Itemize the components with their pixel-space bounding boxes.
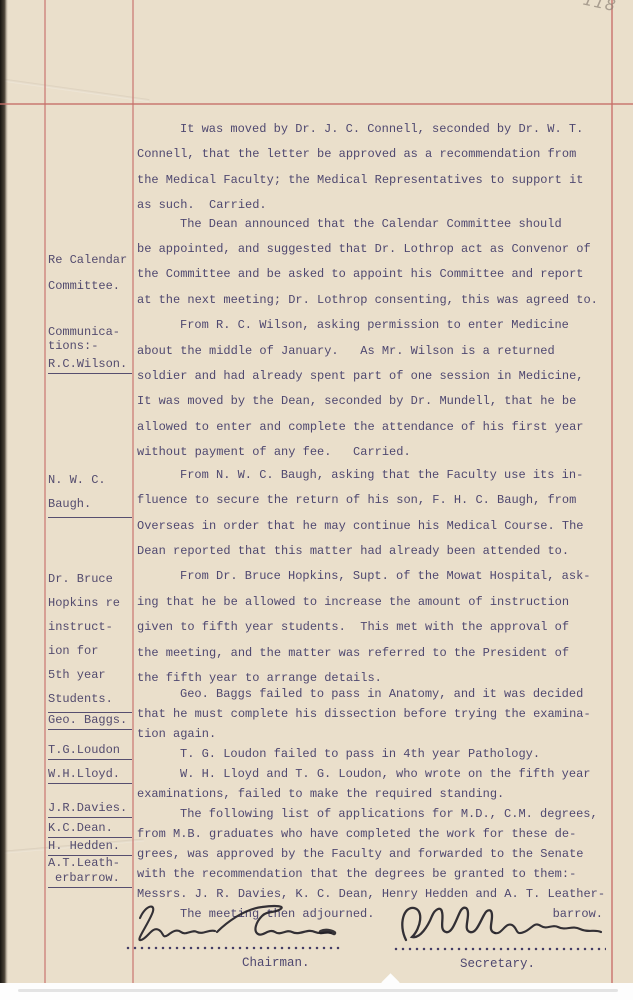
text-line: T. G. Loudon failed to pass in 4th year … <box>137 744 609 764</box>
text-line: From Dr. Bruce Hopkins, Supt. of the Mow… <box>137 564 609 589</box>
text-line: allowed to enter and complete the attend… <box>137 415 609 440</box>
chairman-signature-icon <box>126 901 340 949</box>
margin-note: K.C.Dean. <box>48 820 132 840</box>
text-line: ing that he be allowed to increase the a… <box>137 590 609 615</box>
margin-rule-left <box>44 0 46 983</box>
margin-note-line: T.G.Loudon <box>48 742 132 760</box>
body-text: It was moved by Dr. J. C. Connell, secon… <box>137 117 609 924</box>
text-line: From R. C. Wilson, asking permission to … <box>137 313 609 338</box>
text-line: at the next meeting; Dr. Lothrop consent… <box>137 288 609 313</box>
margin-note-line: Dr. Bruce <box>48 567 132 591</box>
margin-note-line: Baugh. <box>48 492 132 518</box>
text-line: from M.B. graduates who have completed t… <box>137 824 609 844</box>
text-line: examinations, failed to make the require… <box>137 784 609 804</box>
margin-note-line: Committee. <box>48 273 132 299</box>
text-line: The following list of applications for M… <box>137 804 609 824</box>
margin-note-line: Hopkins re <box>48 591 132 615</box>
paragraph: Geo. Baggs failed to pass in Anatomy, an… <box>137 684 609 744</box>
text-line: the Medical Faculty; the Medical Represe… <box>137 168 609 193</box>
margin-note: W.H.Lloyd. <box>48 766 132 786</box>
paragraph: The Dean announced that the Calendar Com… <box>137 212 609 314</box>
text-line: Geo. Baggs failed to pass in Anatomy, an… <box>137 684 609 704</box>
paragraph: W. H. Lloyd and T. G. Loudon, who wrote … <box>137 764 609 804</box>
paper-crease <box>0 77 149 102</box>
margin-note: Communica-tions:- <box>48 325 132 353</box>
margin-note: T.G.Loudon <box>48 742 132 762</box>
margin-note-line: instruct- <box>48 615 132 639</box>
margin-note-line: R.C.Wilson. <box>48 356 132 374</box>
margin-note-line: J.R.Davies. <box>48 800 132 818</box>
text-line: grees, was approved by the Faculty and f… <box>137 844 609 864</box>
text-line: Dean reported that this matter had alrea… <box>137 539 609 564</box>
margin-rule-right <box>611 0 613 983</box>
text-line: tion again. <box>137 724 609 744</box>
text-line: be appointed, and suggested that Dr. Lot… <box>137 237 609 262</box>
margin-note-line: 5th year <box>48 663 132 687</box>
minute-book-page: 118 Re CalendarCommittee.Communica-tions… <box>0 0 633 983</box>
secretary-dotted-line <box>394 947 606 951</box>
margin-note-line: H. Hedden. <box>48 838 132 856</box>
margin-note-line: erbarrow. <box>48 871 132 888</box>
margin-note: A.T.Leath-erbarrow. <box>48 856 132 890</box>
secretary-signature-block: Secretary. <box>394 898 606 971</box>
paragraph: From Dr. Bruce Hopkins, Supt. of the Mow… <box>137 564 609 691</box>
chairman-signature-block: Chairman. <box>126 901 340 970</box>
margin-note: Re CalendarCommittee. <box>48 247 132 299</box>
text-line: Connell, that the letter be approved as … <box>137 142 609 167</box>
margin-note-line: N. W. C. <box>48 468 132 492</box>
margin-note: Geo. Baggs. <box>48 712 132 732</box>
binding-edge <box>0 0 8 983</box>
margin-note-line: Re Calendar <box>48 247 132 273</box>
text-line: fluence to secure the return of his son,… <box>137 488 609 513</box>
margin-note: H. Hedden. <box>48 838 132 858</box>
text-line: From N. W. C. Baugh, asking that the Fac… <box>137 463 609 488</box>
text-line: given to fifth year students. This met w… <box>137 615 609 640</box>
margin-note: R.C.Wilson. <box>48 356 132 376</box>
text-line: It was moved by Dr. J. C. Connell, secon… <box>137 117 609 142</box>
margin-note-line: W.H.Lloyd. <box>48 766 132 784</box>
next-page-shadow <box>18 989 618 992</box>
margin-rule-inner <box>132 0 134 983</box>
paragraph: From R. C. Wilson, asking permission to … <box>137 313 609 465</box>
margin-note-line: A.T.Leath- <box>48 856 132 871</box>
text-line: W. H. Lloyd and T. G. Loudon, who wrote … <box>137 764 609 784</box>
text-line: with the recommendation that the degrees… <box>137 864 609 884</box>
chairman-label: Chairman. <box>126 956 340 970</box>
header-rule <box>0 103 633 105</box>
paragraph: It was moved by Dr. J. C. Connell, secon… <box>137 117 609 219</box>
text-line: the meeting, and the matter was referred… <box>137 641 609 666</box>
margin-note-line: K.C.Dean. <box>48 820 132 838</box>
text-line: about the middle of January. As Mr. Wils… <box>137 339 609 364</box>
secretary-signature-icon <box>394 898 606 950</box>
secretary-label: Secretary. <box>394 957 606 971</box>
text-line: that he must complete his dissection bef… <box>137 704 609 724</box>
chairman-dotted-line <box>126 946 340 950</box>
margin-note-line: Communica- <box>48 325 132 339</box>
margin-note: Dr. BruceHopkins reinstruct-ion for5th y… <box>48 567 132 715</box>
text-line: soldier and had already spent part of on… <box>137 364 609 389</box>
scan-background <box>0 983 633 1000</box>
text-line: It was moved by the Dean, seconded by Dr… <box>137 389 609 414</box>
margin-note-line: Students. <box>48 687 132 713</box>
margin-note-line: tions:- <box>48 339 132 353</box>
margin-note: J.R.Davies. <box>48 800 132 820</box>
text-line: Overseas in order that he may continue h… <box>137 514 609 539</box>
folio-number: 118 <box>582 0 619 15</box>
text-line: the Committee and be asked to appoint hi… <box>137 262 609 287</box>
margin-note: N. W. C.Baugh. <box>48 468 132 520</box>
text-line: The Dean announced that the Calendar Com… <box>137 212 609 237</box>
margin-note-line: Geo. Baggs. <box>48 712 132 730</box>
margin-note-line: ion for <box>48 639 132 663</box>
paragraph: From N. W. C. Baugh, asking that the Fac… <box>137 463 609 565</box>
paragraph: T. G. Loudon failed to pass in 4th year … <box>137 744 609 764</box>
